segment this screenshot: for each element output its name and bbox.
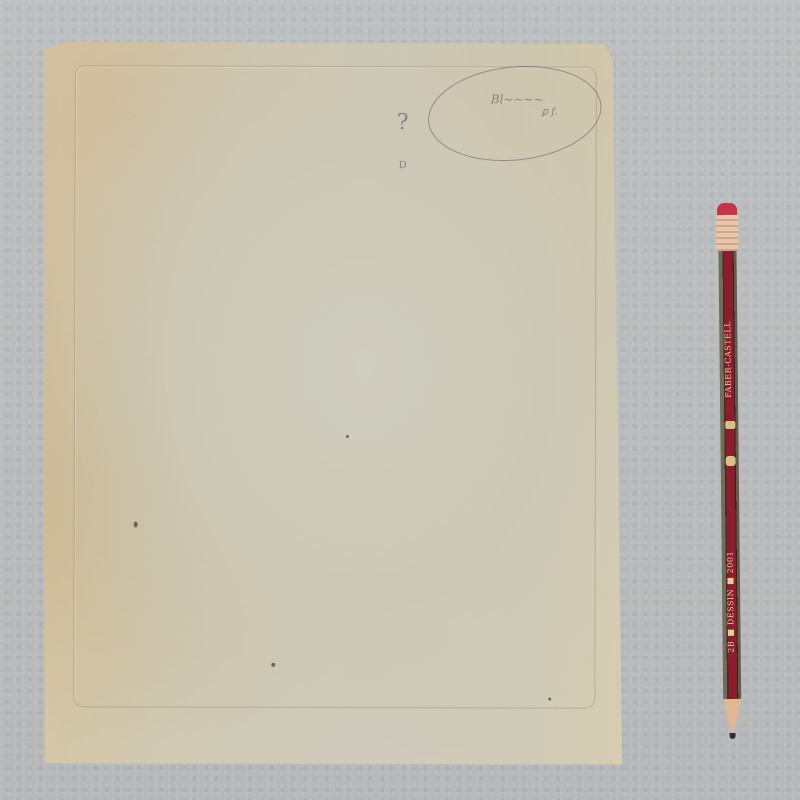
pencil-question-mark: ? — [397, 110, 409, 135]
foxing-spot — [346, 435, 349, 438]
pencil-sharpened-tip — [723, 699, 741, 737]
pencil-body: FABER-CASTELL 2B ■ DESSIN ■ 2001 — [719, 251, 742, 699]
pencil-model-label: 2B ■ DESSIN ■ 2001 — [726, 551, 741, 653]
foxing-spot — [548, 698, 551, 701]
foxing-spot — [134, 521, 138, 527]
antique-paper-sheet: Bl~~~~ ꝑ f. ? D — [43, 41, 627, 765]
knights-logo-icon — [725, 421, 735, 429]
foxing-spot — [271, 663, 275, 667]
pencil-brand-label: FABER-CASTELL — [723, 321, 738, 398]
pencil-lead — [730, 733, 736, 739]
pencil-ferrule — [716, 215, 738, 251]
plate-mark-border — [73, 65, 597, 708]
pencil-signature-note: Bl~~~~ — [491, 92, 544, 106]
crest-icon — [726, 456, 736, 466]
pencil-letter-mark: D — [399, 160, 407, 171]
pencil-price-note: ꝑ f. — [542, 107, 558, 118]
